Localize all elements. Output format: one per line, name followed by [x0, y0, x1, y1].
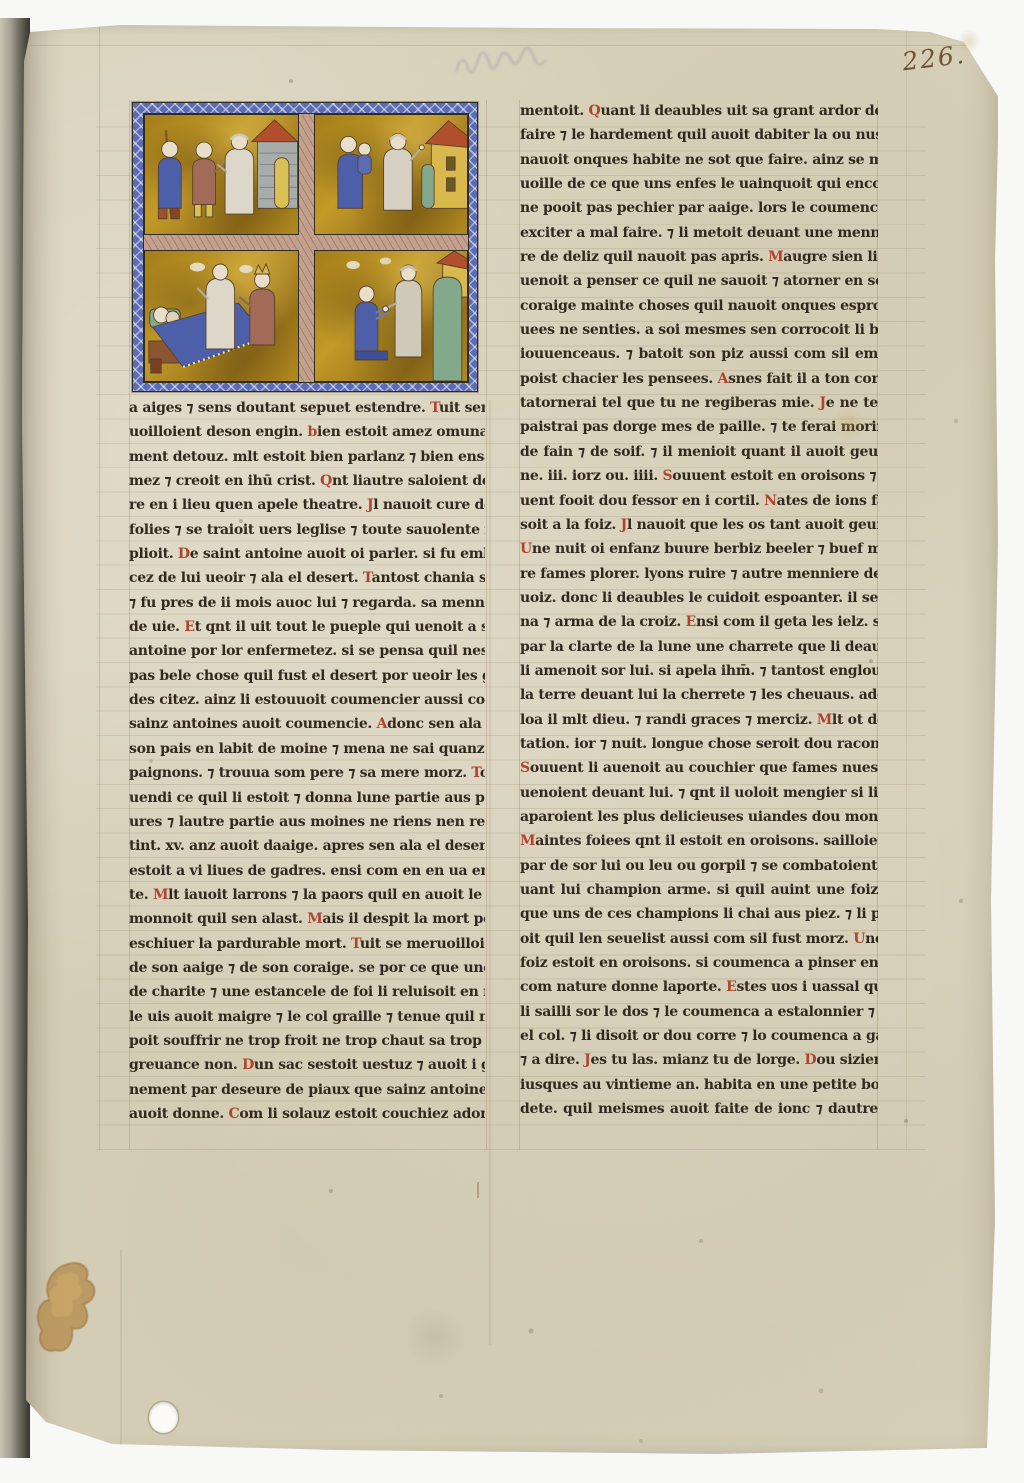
- miniature-frame: [132, 102, 478, 392]
- text-line: de charite ⁊ une estancele de foi li rel…: [129, 980, 485, 1004]
- deathbed-scene-with-crowned-figure-illustration: [145, 251, 298, 381]
- text-line: te. Mlt iauoit larrons ⁊ la paors quil e…: [129, 883, 485, 907]
- text-line: loa il mlt dieu. ⁊ randi graces ⁊ merciz…: [520, 708, 878, 732]
- text-line: uoiz. donc li deaubles le cuidoit espoan…: [520, 586, 878, 610]
- text-line: pas bele chose quil fust el desert por u…: [129, 664, 485, 688]
- fold-crease: [120, 1250, 122, 1445]
- margin-ruling-right: [906, 26, 907, 1151]
- faint-offset-scribble: [450, 36, 560, 88]
- text-line: greuance non. Dun sac sestoit uestuz ⁊ a…: [129, 1053, 485, 1077]
- text-line: re en i lieu quen apele theatre. Jl nauo…: [129, 493, 485, 517]
- text-line: de son aaige ⁊ de son coraige. se por ce…: [129, 956, 485, 980]
- text-line: plioit. De saint antoine auoit oi parler…: [129, 542, 485, 566]
- text-line: re fames plorer. lyons ruire ⁊ autre men…: [520, 562, 878, 586]
- text-line: ne. iii. iorz ou. iiii. Souuent estoit e…: [520, 464, 878, 488]
- panel-bottom-left: [144, 250, 299, 382]
- text-line: iusques au vintieme an. habita en une pe…: [520, 1073, 878, 1097]
- text-line: foiz estoit en oroisons. si coumenca a p…: [520, 951, 878, 975]
- text-line: mez ⁊ creoit en ihū crist. Qnt liautre s…: [129, 469, 485, 493]
- text-line: la terre deuant lui la cherrete ⁊ les ch…: [520, 683, 878, 707]
- text-line: nauoit onques habite ne sot que faire. a…: [520, 148, 878, 172]
- text-line: ne pooit pas pechier par aaige. lors le …: [520, 196, 878, 220]
- text-line: soit a la foiz. Jl nauoit que les os tan…: [520, 513, 878, 537]
- text-line: son pais en labit de moine ⁊ mena ne sai…: [129, 737, 485, 761]
- text-line: ⁊ fu pres de ii mois auoc lui ⁊ regarda.…: [129, 591, 485, 615]
- text-line: des citez. ainz li estouuoit coumencier …: [129, 688, 485, 712]
- column-ruling-left-2: [486, 100, 487, 1150]
- text-line: uenoit a penser ce quil ne sauoit ⁊ ator…: [520, 269, 878, 293]
- punched-hole: [149, 1402, 178, 1433]
- text-line: cez de lui ueoir ⁊ ala el desert. Tantos…: [129, 566, 485, 590]
- text-line: re de deliz quil nauoit pas apris. Maugr…: [520, 245, 878, 269]
- text-line: par de sor lui ou leu ou gorpil ⁊ se com…: [520, 854, 878, 878]
- kneeling-figure-before-hermit-illustration: [315, 251, 468, 381]
- text-line: poist chacier les pensees. Asnes fait il…: [520, 367, 878, 391]
- text-line: coraige mainte choses quil nauoit onques…: [520, 294, 878, 318]
- gutter-mark: [477, 1182, 479, 1198]
- text-column-left: a aiges ⁊ sens doutant sepuet estendre. …: [129, 396, 485, 1126]
- text-line: Une nuit oi enfanz buure berbiz beeler ⁊…: [520, 537, 878, 561]
- text-line: nement par deseure de piaux que sainz an…: [129, 1078, 485, 1102]
- parchment-stain: [36, 1260, 106, 1368]
- text-line: li sailli sor le dos ⁊ le coumenca a est…: [520, 1000, 878, 1024]
- text-line: com nature donne laporte. Estes uos i ua…: [520, 975, 878, 999]
- gutter-crease: [489, 400, 491, 1345]
- text-line: uant lui champion arme. si quil auint un…: [520, 878, 878, 902]
- text-line: a aiges ⁊ sens doutant sepuet estendre. …: [129, 396, 485, 420]
- text-line: ⁊ a dire. Jes tu las. mianz tu de lorge.…: [520, 1048, 878, 1072]
- text-line: auoit donne. Com li solauz estoit couchi…: [129, 1102, 485, 1126]
- text-line: Maintes foiees qnt il estoit en oroisons…: [520, 829, 878, 853]
- panel-bottom-right: [314, 250, 469, 382]
- text-line: uoille de ce que uns enfes le uainquoit …: [520, 172, 878, 196]
- text-line: monnoit quil sen alast. Mais il despit l…: [129, 907, 485, 931]
- text-line: sainz antoines auoit coumencie. Adonc se…: [129, 712, 485, 736]
- text-line: Souuent li auenoit au couchier que fames…: [520, 756, 878, 780]
- text-line: tation. ior ⁊ nuit. longue chose seroit …: [520, 732, 878, 756]
- text-line: li amenoit sor lui. si apela ihm̄. ⁊ tan…: [520, 659, 878, 683]
- text-line: uendi ce quil li estoit ⁊ donna lune par…: [129, 786, 485, 810]
- text-line: que uns de ces champions li chai aus pie…: [520, 902, 878, 926]
- text-line: iouuenceaus. ⁊ batoit son piz aussi com …: [520, 342, 878, 366]
- text-line: uoilloient deson engin. bien estoit amez…: [129, 420, 485, 444]
- text-line: estoit a vi liues de gadres. ensi com en…: [129, 859, 485, 883]
- panel-top-left: [144, 114, 299, 235]
- text-line: eschiuer la pardurable mort. Tuit se mer…: [129, 932, 485, 956]
- faint-smudge: [400, 1310, 470, 1365]
- text-line: poit souffrir ne trop froit ne trop chau…: [129, 1029, 485, 1053]
- text-line: le uis auoit maigre ⁊ le col graille ⁊ t…: [129, 1005, 485, 1029]
- text-line: paistrai pas dorge mes de paille. ⁊ te f…: [520, 415, 878, 439]
- text-line: dete. quil meismes auoit faite de ionc ⁊…: [520, 1097, 878, 1121]
- text-line: uent fooit dou fessor en i cortil. Nates…: [520, 489, 878, 513]
- text-line: de uie. Et qnt il uit tout le pueple qui…: [129, 615, 485, 639]
- text-line: uenoient deuant lui. ⁊ qnt il uoloit men…: [520, 781, 878, 805]
- three-figures-before-grey-church-illustration: [145, 115, 298, 234]
- text-line: uees ne senties. a soi mesmes sen corroc…: [520, 318, 878, 342]
- corner-stain: [956, 30, 982, 52]
- text-line: de fain ⁊ de soif. ⁊ il menioit quant il…: [520, 440, 878, 464]
- text-line: tatornerai tel que tu ne regiberas mie. …: [520, 391, 878, 415]
- text-line: ment detouz. mlt estoit bien parlanz ⁊ b…: [129, 445, 485, 469]
- text-line: na ⁊ arma de la croiz. Ensi com il geta …: [520, 610, 878, 634]
- text-line: tint. xv. anz auoit daaige. apres sen al…: [129, 834, 485, 858]
- text-line: mentoit. Quant li deaubles uit sa grant …: [520, 99, 878, 123]
- text-line: el col. ⁊ li disoit or dou corre ⁊ lo co…: [520, 1024, 878, 1048]
- text-column-right: mentoit. Quant li deaubles uit sa grant …: [520, 99, 878, 1121]
- text-line: faire ⁊ le hardement quil auoit dabiter …: [520, 123, 878, 147]
- text-line: par la clarte de la lune une charrete qu…: [520, 635, 878, 659]
- text-line: ures ⁊ lautre partie aus moines ne riens…: [129, 810, 485, 834]
- margin-ruling-left: [99, 26, 100, 1151]
- small-stain: [830, 408, 866, 438]
- text-line: paignons. ⁊ trouua som pere ⁊ sa mere mo…: [129, 761, 485, 785]
- figure-presenting-child-to-hermit-illustration: [315, 115, 468, 234]
- miniature-grid: [143, 113, 469, 383]
- panel-top-right: [314, 114, 469, 235]
- text-line: exciter a mal faire. ⁊ li metoit deuant …: [520, 221, 878, 245]
- text-line: folies ⁊ se traioit uers leglise ⁊ toute…: [129, 518, 485, 542]
- text-line: aparoient les plus delicieuses uiandes d…: [520, 805, 878, 829]
- text-line: antoine por lor enfermetez. si se pensa …: [129, 639, 485, 663]
- text-line: oit quil len seuelist aussi com sil fust…: [520, 927, 878, 951]
- parchment-freckles: [0, 0, 2, 2]
